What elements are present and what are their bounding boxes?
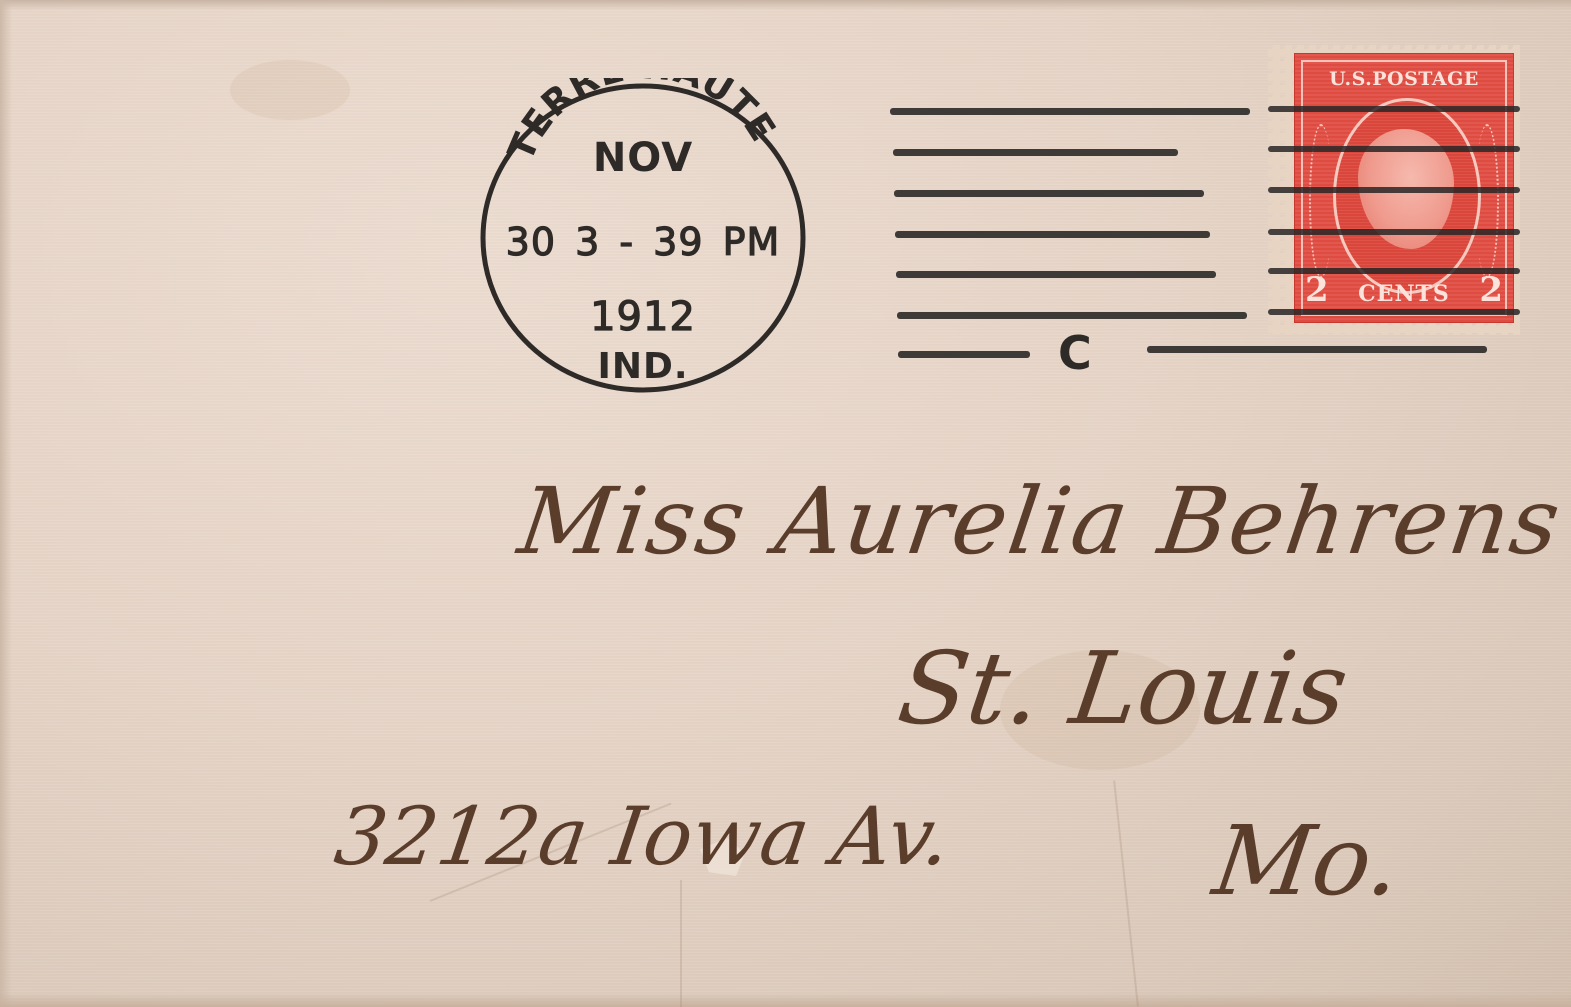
cancel-bar xyxy=(895,231,1210,238)
envelope-top-edge xyxy=(0,0,1571,10)
cancel-bar xyxy=(1268,106,1520,112)
cancel-bar xyxy=(893,149,1178,156)
cancel-bar xyxy=(1268,268,1520,274)
cancel-bar xyxy=(897,312,1247,319)
cancel-bar xyxy=(1147,346,1487,353)
stamp-value-right: 2 xyxy=(1479,270,1503,310)
cancellation-letter: C xyxy=(1058,326,1092,380)
stamp-header-text: U.S.POSTAGE xyxy=(1295,68,1513,90)
circular-postmark: TERRE HAUTE NOV 30 3 - 39 PM 1912 IND. xyxy=(478,78,808,396)
cancel-bar xyxy=(1268,187,1520,193)
recipient-name: Miss Aurelia Behrens xyxy=(512,468,1568,575)
cancel-bar xyxy=(894,190,1204,197)
cancel-bar xyxy=(898,351,1030,358)
paper-stain xyxy=(230,60,350,120)
paper-crease xyxy=(1113,781,1139,1007)
postmark-time: 3 - 39 PM xyxy=(575,220,780,264)
address-street: 3212a Iowa Av. xyxy=(329,790,956,883)
envelope-bottom-edge xyxy=(0,993,1571,1007)
cancel-bar xyxy=(890,108,1250,115)
paper-crease xyxy=(680,880,682,1007)
stamp-portrait-oval xyxy=(1333,98,1481,294)
envelope-left-edge xyxy=(0,0,12,1007)
postmark-day-time: 30 3 - 39 PM xyxy=(478,220,808,264)
address-state: Mo. xyxy=(1207,805,1408,917)
cancel-bar xyxy=(896,271,1216,278)
postmark-state: IND. xyxy=(478,346,808,387)
envelope: TERRE HAUTE NOV 30 3 - 39 PM 1912 IND. C… xyxy=(0,0,1571,1007)
cancel-bar xyxy=(1268,229,1520,235)
cancel-bar xyxy=(1268,309,1520,315)
postmark-year: 1912 xyxy=(478,294,808,340)
stamp-denomination: 2 CENTS 2 xyxy=(1295,270,1513,310)
address-city: St. Louis xyxy=(892,630,1355,747)
cancel-bar xyxy=(1268,146,1520,152)
postmark-day: 30 xyxy=(506,220,556,264)
stamp-value-left: 2 xyxy=(1305,270,1329,310)
postage-stamp: U.S.POSTAGE 2 CENTS 2 xyxy=(1268,45,1520,335)
postmark-month: NOV xyxy=(478,135,808,181)
stamp-cents-label: CENTS xyxy=(1358,281,1450,307)
